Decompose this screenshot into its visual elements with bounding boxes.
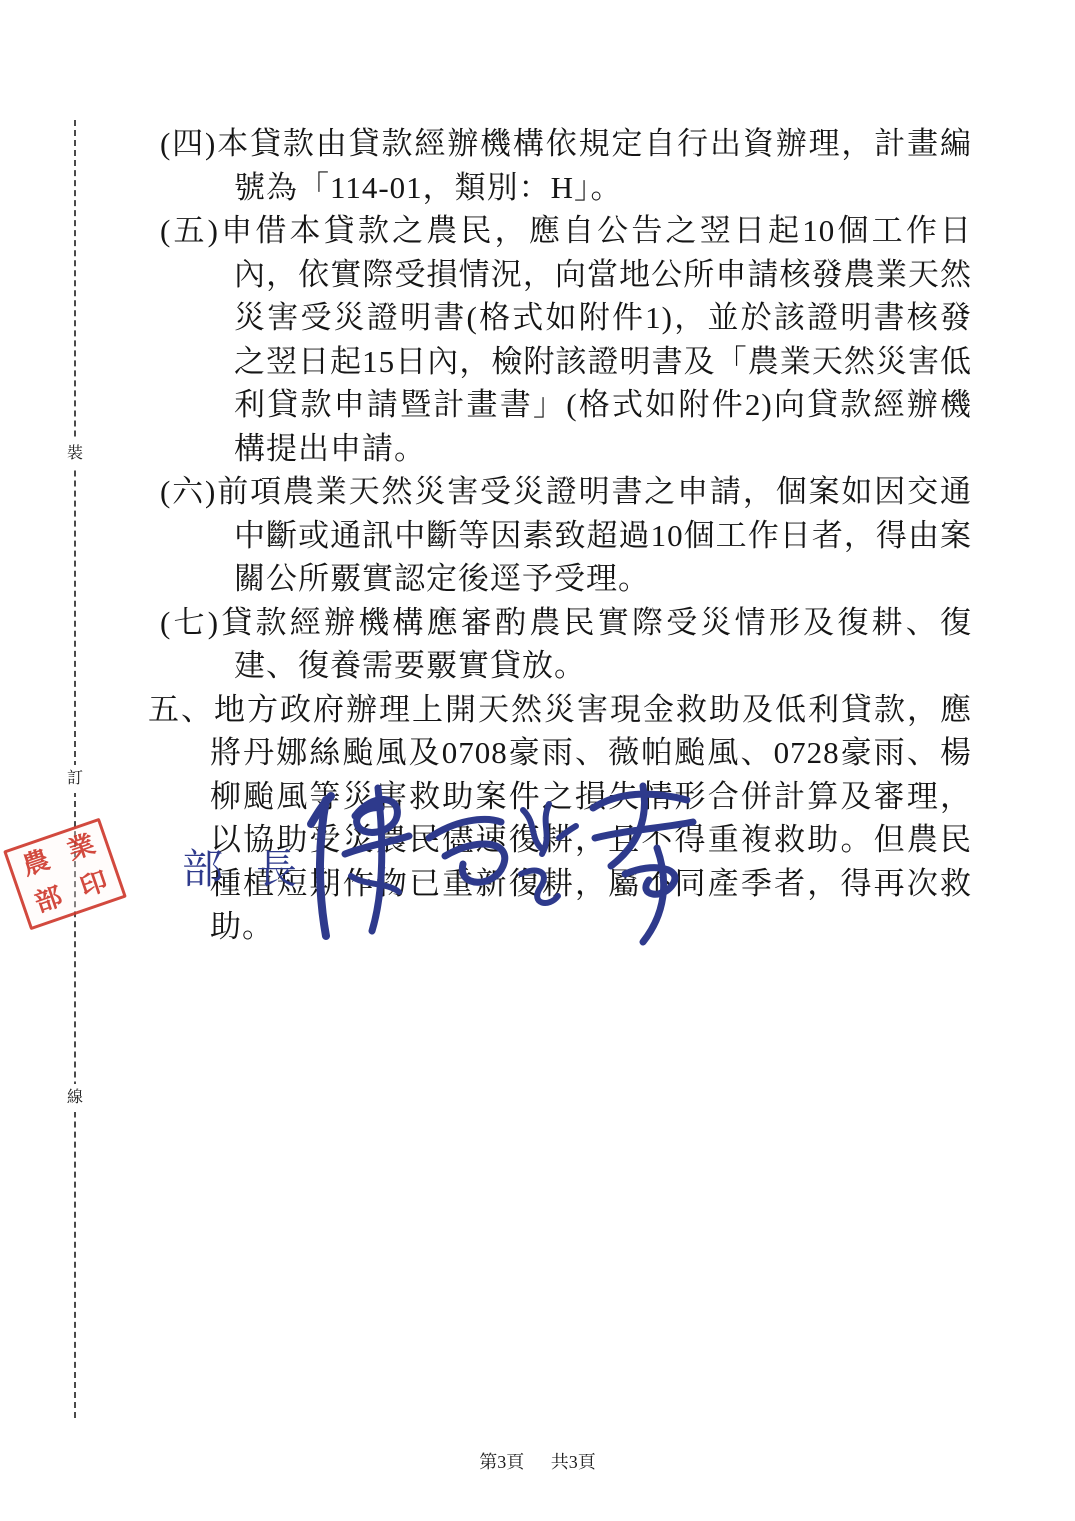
clause-4: (四)本貸款由貸款經辦機構依規定自行出資辦理，計畫編號為「114-01，類別：H… (160, 122, 972, 209)
clause-7-text: 貸款經辦機構應審酌農民實際受災情形及復耕、復建、復養需要覈實貸放。 (219, 605, 972, 684)
clause-6-label: (六) (160, 474, 216, 509)
clause-5: (五)申借本貸款之農民，應自公告之翌日起10個工作日內，依實際受損情況，向當地公… (160, 209, 972, 470)
document-page: 裝 訂 線 農 業 部 印 (四)本貸款由貸款經辦機構依規定自行出資辦理，計畫編… (0, 0, 1075, 1521)
page-footer: 第3頁 共3頁 (0, 1448, 1075, 1474)
seal-char: 農 (19, 847, 53, 880)
seal-char: 業 (64, 831, 98, 864)
footer-page-number: 第3頁 (479, 1452, 524, 1472)
clause-7-label: (七) (160, 605, 219, 640)
clause-5-label: (五) (160, 213, 219, 248)
clause-4-text: 本貸款由貸款經辦機構依規定自行出資辦理，計畫編號為「114-01，類別：H」。 (216, 126, 972, 205)
binding-label-xian: 線 (64, 1084, 86, 1112)
seal-char: 部 (32, 884, 66, 917)
clause-6-text: 前項農業天然災害受災證明書之申請，個案如因交通中斷或通訊中斷等因素致超過10個工… (216, 474, 972, 596)
footer-total-pages: 共3頁 (551, 1452, 596, 1472)
minister-signature: 陳駿季 (295, 776, 715, 956)
seal-char: 印 (77, 868, 111, 901)
binding-label-ding: 訂 (64, 765, 86, 793)
clause-7: (七)貸款經辦機構應審酌農民實際受災情形及復耕、復建、復養需要覈實貸放。 (160, 601, 972, 688)
item-five-label: 五、 (148, 692, 214, 727)
clause-5-text: 申借本貸款之農民，應自公告之翌日起10個工作日內，依實際受損情況，向當地公所申請… (219, 213, 972, 466)
binding-label-zhuang: 裝 (64, 440, 86, 468)
clause-6: (六)前項農業天然災害受災證明書之申請，個案如因交通中斷或通訊中斷等因素致超過1… (160, 470, 972, 601)
red-binding-seal: 農 業 部 印 (3, 818, 127, 931)
clause-4-label: (四) (160, 126, 216, 161)
signature-ink-strokes (295, 776, 715, 951)
